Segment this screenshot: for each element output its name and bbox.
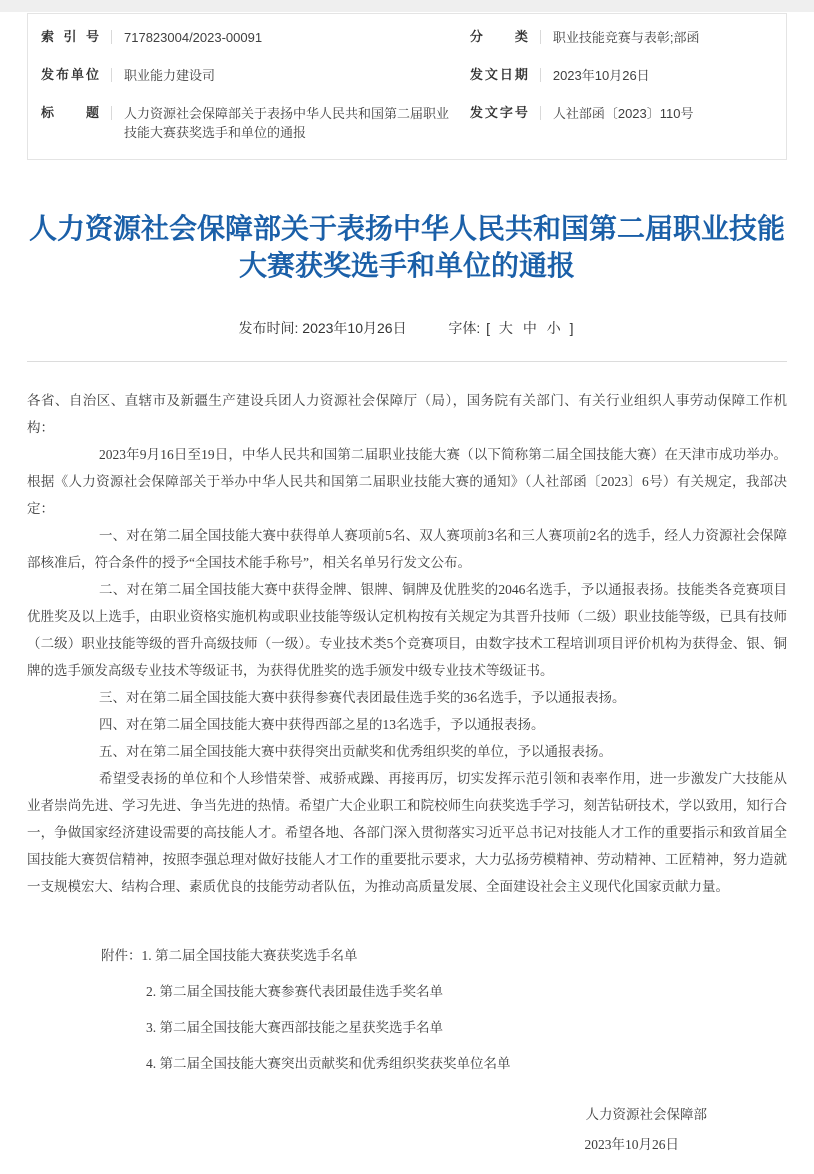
body-paragraph-item-1: 一、对在第二届全国技能大赛中获得单人赛项前5名、双人赛项前3名和三人赛项前2名的… (27, 522, 787, 576)
attachment-item: 3. 第二届全国技能大赛西部技能之星获奖选手名单 (146, 1010, 787, 1046)
body-paragraph-item-2: 二、对在第二届全国技能大赛中获得金牌、银牌、铜牌及优胜奖的2046名选手，予以通… (27, 576, 787, 684)
font-size-bracket-close: ] (568, 320, 576, 336)
font-size-control-medium[interactable]: 中 (520, 320, 540, 336)
label-value-divider (111, 106, 112, 120)
document-body: 各省、自治区、直辖市及新疆生产建设兵团人力资源社会保障厅（局），国务院有关部门、… (27, 387, 787, 900)
attachment-item: 2. 第二届全国技能大赛参赛代表团最佳选手奖名单 (146, 974, 787, 1010)
publisher-label: 发布单位 (41, 66, 99, 84)
body-paragraph-intro: 2023年9月16日至19日，中华人民共和国第二届职业技能大赛（以下简称第二届全… (27, 441, 787, 522)
publish-meta-line: 发布时间: 2023年10月26日 字体: [ 大 中 小 ] (0, 318, 814, 338)
info-row-issue-date: 发文日期 2023年10月26日 (464, 56, 786, 94)
document-info-table: 索引号 717823004/2023-00091 分类 职业技能竞赛与表彰;部函… (27, 13, 787, 160)
info-row-doc-title: 标题 人力资源社会保障部关于表扬中华人民共和国第二届职业技能大赛获奖选手和单位的… (28, 94, 464, 151)
doc-title-value: 人力资源社会保障部关于表扬中华人民共和国第二届职业技能大赛获奖选手和单位的通报 (124, 104, 464, 142)
label-value-divider (540, 68, 541, 82)
issue-date-label: 发文日期 (470, 66, 528, 84)
info-row-doc-number: 发文字号 人社部函〔2023〕110号 (464, 94, 786, 151)
font-size-bracket-open: [ (484, 320, 492, 336)
doc-number-value: 人社部函〔2023〕110号 (553, 104, 708, 123)
body-paragraph-item-3: 三、对在第二届全国技能大赛中获得参赛代表团最佳选手奖的36名选手，予以通报表扬。 (27, 684, 787, 711)
doc-title-label: 标题 (41, 104, 99, 122)
attachment-line-1: 附件：1. 第二届全国技能大赛获奖选手名单 (101, 938, 787, 974)
category-value: 职业技能竞赛与表彰;部函 (553, 28, 714, 47)
signature-date: 2023年10月26日 (27, 1130, 787, 1160)
publisher-value: 职业能力建设司 (124, 66, 229, 85)
font-size-control-small[interactable]: 小 (544, 320, 564, 336)
publish-time-value: 2023年10月26日 (302, 320, 406, 336)
label-value-divider (540, 106, 541, 120)
attachments-label: 附件： (101, 948, 142, 963)
page-top-strip (0, 0, 814, 12)
body-paragraph-closing: 希望受表扬的单位和个人珍惜荣誉、戒骄戒躁、再接再厉，切实发挥示范引领和表率作用，… (27, 765, 787, 900)
content-divider (27, 361, 787, 362)
info-row-index-number: 索引号 717823004/2023-00091 (28, 18, 464, 56)
label-value-divider (111, 30, 112, 44)
index-number-value: 717823004/2023-00091 (124, 28, 276, 47)
page-bottom-padding (0, 1160, 814, 1174)
info-row-category: 分类 职业技能竞赛与表彰;部函 (464, 18, 786, 56)
body-paragraph-item-4: 四、对在第二届全国技能大赛中获得西部之星的13名选手，予以通报表扬。 (27, 711, 787, 738)
label-value-divider (540, 30, 541, 44)
info-row-publisher: 发布单位 职业能力建设司 (28, 56, 464, 94)
body-paragraph-salutation: 各省、自治区、直辖市及新疆生产建设兵团人力资源社会保障厅（局），国务院有关部门、… (27, 387, 787, 441)
category-label: 分类 (470, 28, 528, 46)
attachment-item: 4. 第二届全国技能大赛突出贡献奖和优秀组织奖获奖单位名单 (146, 1046, 787, 1082)
doc-number-label: 发文字号 (470, 104, 528, 122)
publish-time-label: 发布时间: (239, 320, 299, 336)
page-title: 人力资源社会保障部关于表扬中华人民共和国第二届职业技能大赛获奖选手和单位的通报 (28, 210, 786, 284)
index-number-label: 索引号 (41, 28, 99, 46)
font-size-control-large[interactable]: 大 (496, 320, 516, 336)
body-paragraph-item-5: 五、对在第二届全国技能大赛中获得突出贡献奖和优秀组织奖的单位，予以通报表扬。 (27, 738, 787, 765)
signature-block: 人力资源社会保障部 2023年10月26日 (27, 1100, 787, 1160)
attachments-section: 附件：1. 第二届全国技能大赛获奖选手名单 2. 第二届全国技能大赛参赛代表团最… (27, 938, 787, 1082)
issue-date-value: 2023年10月26日 (553, 66, 664, 85)
signature-org: 人力资源社会保障部 (27, 1100, 787, 1130)
attachment-item: 1. 第二届全国技能大赛获奖选手名单 (142, 948, 358, 963)
label-value-divider (111, 68, 112, 82)
font-size-label: 字体: (448, 320, 480, 336)
